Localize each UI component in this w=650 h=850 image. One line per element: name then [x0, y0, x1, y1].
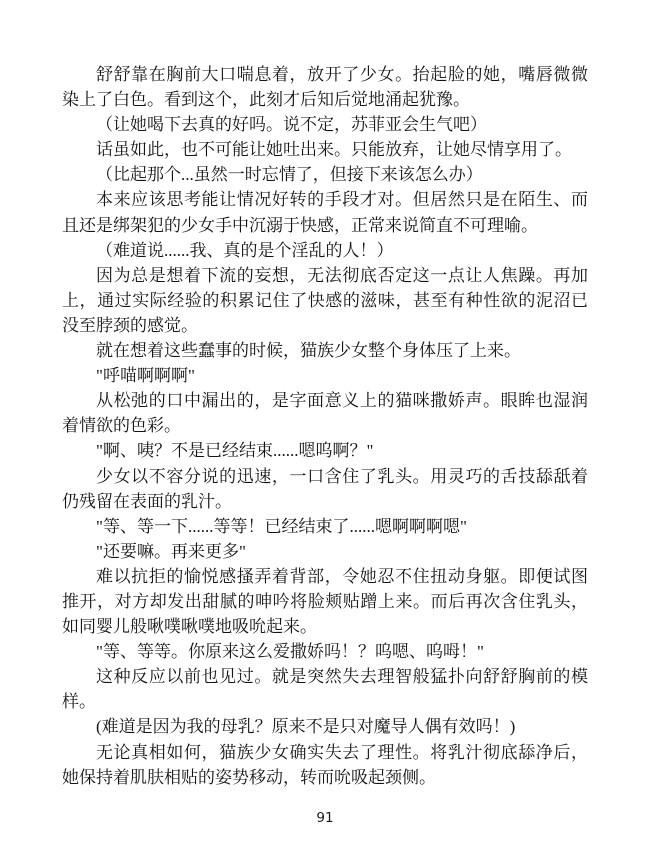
paragraph: 无论真相如何，猫族少女确实失去了理性。将乳汁彻底舔净后，她保持着肌肤相贴的姿势移…	[62, 740, 588, 790]
paragraph: 这种反应以前也见过。就是突然失去理智般猛扑向舒舒胸前的模样。	[62, 664, 588, 714]
paragraph: 因为总是想着下流的妄想，无法彻底否定这一点让人焦躁。再加上，通过实际经验的积累记…	[62, 263, 588, 338]
paragraph: 话虽如此，也不可能让她吐出来。只能放弃，让她尽情享用了。	[62, 137, 588, 162]
paragraph: （难道说......我、真的是个淫乱的人！）	[62, 238, 588, 263]
paragraph-dialogue: "还要嘛。再来更多"	[62, 539, 588, 564]
paragraph: 少女以不容分说的迅速，一口含住了乳头。用灵巧的舌技舔舐着仍残留在表面的乳汁。	[62, 464, 588, 514]
paragraph: 本来应该思考能让情况好转的手段才对。但居然只是在陌生、而且还是绑架犯的少女手中沉…	[62, 187, 588, 237]
page-content: 舒舒靠在胸前大口喘息着，放开了少女。抬起脸的她，嘴唇微微染上了白色。看到这个，此…	[62, 62, 588, 790]
paragraph: （让她喝下去真的好吗。说不定，苏菲亚会生气吧）	[62, 112, 588, 137]
page-number: 91	[316, 810, 333, 826]
paragraph: 难以抗拒的愉悦感搔弄着背部，令她忍不住扭动身躯。即便试图推开，对方却发出甜腻的呻…	[62, 564, 588, 639]
paragraph: 从松弛的口中漏出的，是字面意义上的猫咪撒娇声。眼眸也湿润着情欲的色彩。	[62, 388, 588, 438]
paragraph: （比起那个...虽然一时忘情了，但接下来该怎么办）	[62, 162, 588, 187]
paragraph: (难道是因为我的母乳？原来不是只对魔导人偶有效吗！)	[62, 714, 588, 739]
paragraph-dialogue: "啊、咦？不是已经结束......嗯呜啊？"	[62, 438, 588, 463]
page-footer: 91	[0, 810, 650, 826]
paragraph-dialogue: "等、等等。你原来这么爱撒娇吗！？呜嗯、呜呣！"	[62, 639, 588, 664]
paragraph-dialogue: "等、等一下......等等！已经结束了......嗯啊啊啊嗯"	[62, 514, 588, 539]
page: 舒舒靠在胸前大口喘息着，放开了少女。抬起脸的她，嘴唇微微染上了白色。看到这个，此…	[0, 0, 650, 850]
paragraph: 舒舒靠在胸前大口喘息着，放开了少女。抬起脸的她，嘴唇微微染上了白色。看到这个，此…	[62, 62, 588, 112]
paragraph-dialogue: "呼喵啊啊啊"	[62, 363, 588, 388]
paragraph: 就在想着这些蠢事的时候，猫族少女整个身体压了上来。	[62, 338, 588, 363]
